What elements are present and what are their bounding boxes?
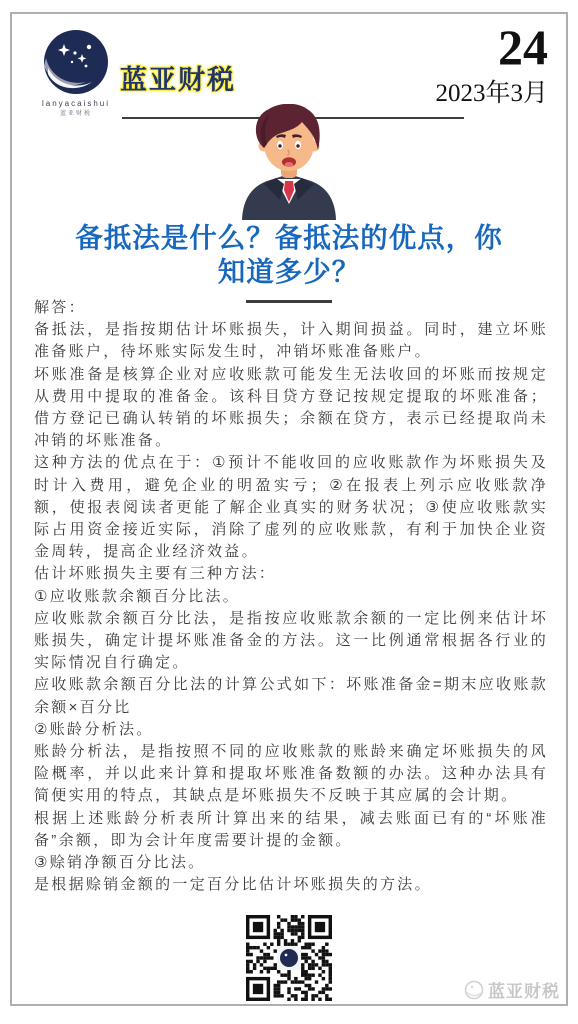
paragraph: 根据上述账龄分析表所计算出来的结果，减去账面已有的“坏账准备”余额，即为会计年度… bbox=[34, 808, 548, 852]
paragraph: 备抵法，是指按期估计坏账损失，计入期间损益。同时，建立坏账准备账户，待坏账实际发… bbox=[34, 319, 548, 363]
moon-stars-logo-icon bbox=[42, 28, 110, 96]
paragraph: 坏账准备是核算企业对应收账款可能发生无法收回的坏账而按规定从费用中提取的准备金。… bbox=[34, 364, 548, 453]
footer-watermark: 蓝亚财税 bbox=[464, 977, 560, 1002]
paragraph: 这种方法的优点在于：①预计不能收回的应收账款作为坏账损失及时计入费用，避免企业的… bbox=[34, 452, 548, 563]
title-block: 备抵法是什么？备抵法的优点，你知道多少？ bbox=[12, 221, 566, 303]
watermark-logo-icon bbox=[464, 980, 484, 1000]
issue-date: 2023年3月 bbox=[435, 73, 548, 109]
businessman-avatar bbox=[234, 104, 344, 225]
article-body: 解答：备抵法，是指按期估计坏账损失，计入期间损益。同时，建立坏账准备账户，待坏账… bbox=[34, 297, 548, 896]
paragraph: 是根据赊销金额的一定百分比估计坏账损失的方法。 bbox=[34, 874, 548, 896]
businessman-avatar-icon bbox=[234, 104, 344, 220]
qr-code-icon bbox=[246, 915, 332, 1001]
issue-number: 24 bbox=[435, 20, 548, 75]
brand-name: 蓝亚财税 bbox=[120, 58, 236, 97]
paragraph: 解答： bbox=[34, 297, 548, 319]
logo-caption: lanyacaishui bbox=[32, 99, 120, 108]
issue-block: 24 2023年3月 bbox=[435, 20, 548, 109]
brand-logo-block: lanyacaishui 蓝亚财税 bbox=[32, 28, 120, 117]
paragraph: 账龄分析法，是指按照不同的应收账款的账龄来确定坏账损失的风险概率，并以此来计算和… bbox=[34, 741, 548, 808]
logo-subcaption: 蓝亚财税 bbox=[32, 108, 120, 117]
article-title: 备抵法是什么？备抵法的优点，你知道多少？ bbox=[64, 221, 514, 289]
paragraph: ①应收账款余额百分比法。 bbox=[34, 586, 548, 608]
article-card: lanyacaishui 蓝亚财税 蓝亚财税 24 2023年3月 bbox=[10, 12, 568, 1006]
watermark-text: 蓝亚财税 bbox=[488, 977, 560, 1002]
paragraph: ②账龄分析法。 bbox=[34, 719, 548, 741]
paragraph: 估计坏账损失主要有三种方法： bbox=[34, 563, 548, 585]
paragraph: ③赊销净额百分比法。 bbox=[34, 852, 548, 874]
paragraph: 应收账款余额百分比法的计算公式如下：坏账准备金=期末应收账款余额×百分比 bbox=[34, 674, 548, 718]
paragraph: 应收账款余额百分比法，是指按应收账款余额的一定比例来估计坏账损失，确定计提坏账准… bbox=[34, 608, 548, 675]
qr-code bbox=[246, 915, 332, 1006]
